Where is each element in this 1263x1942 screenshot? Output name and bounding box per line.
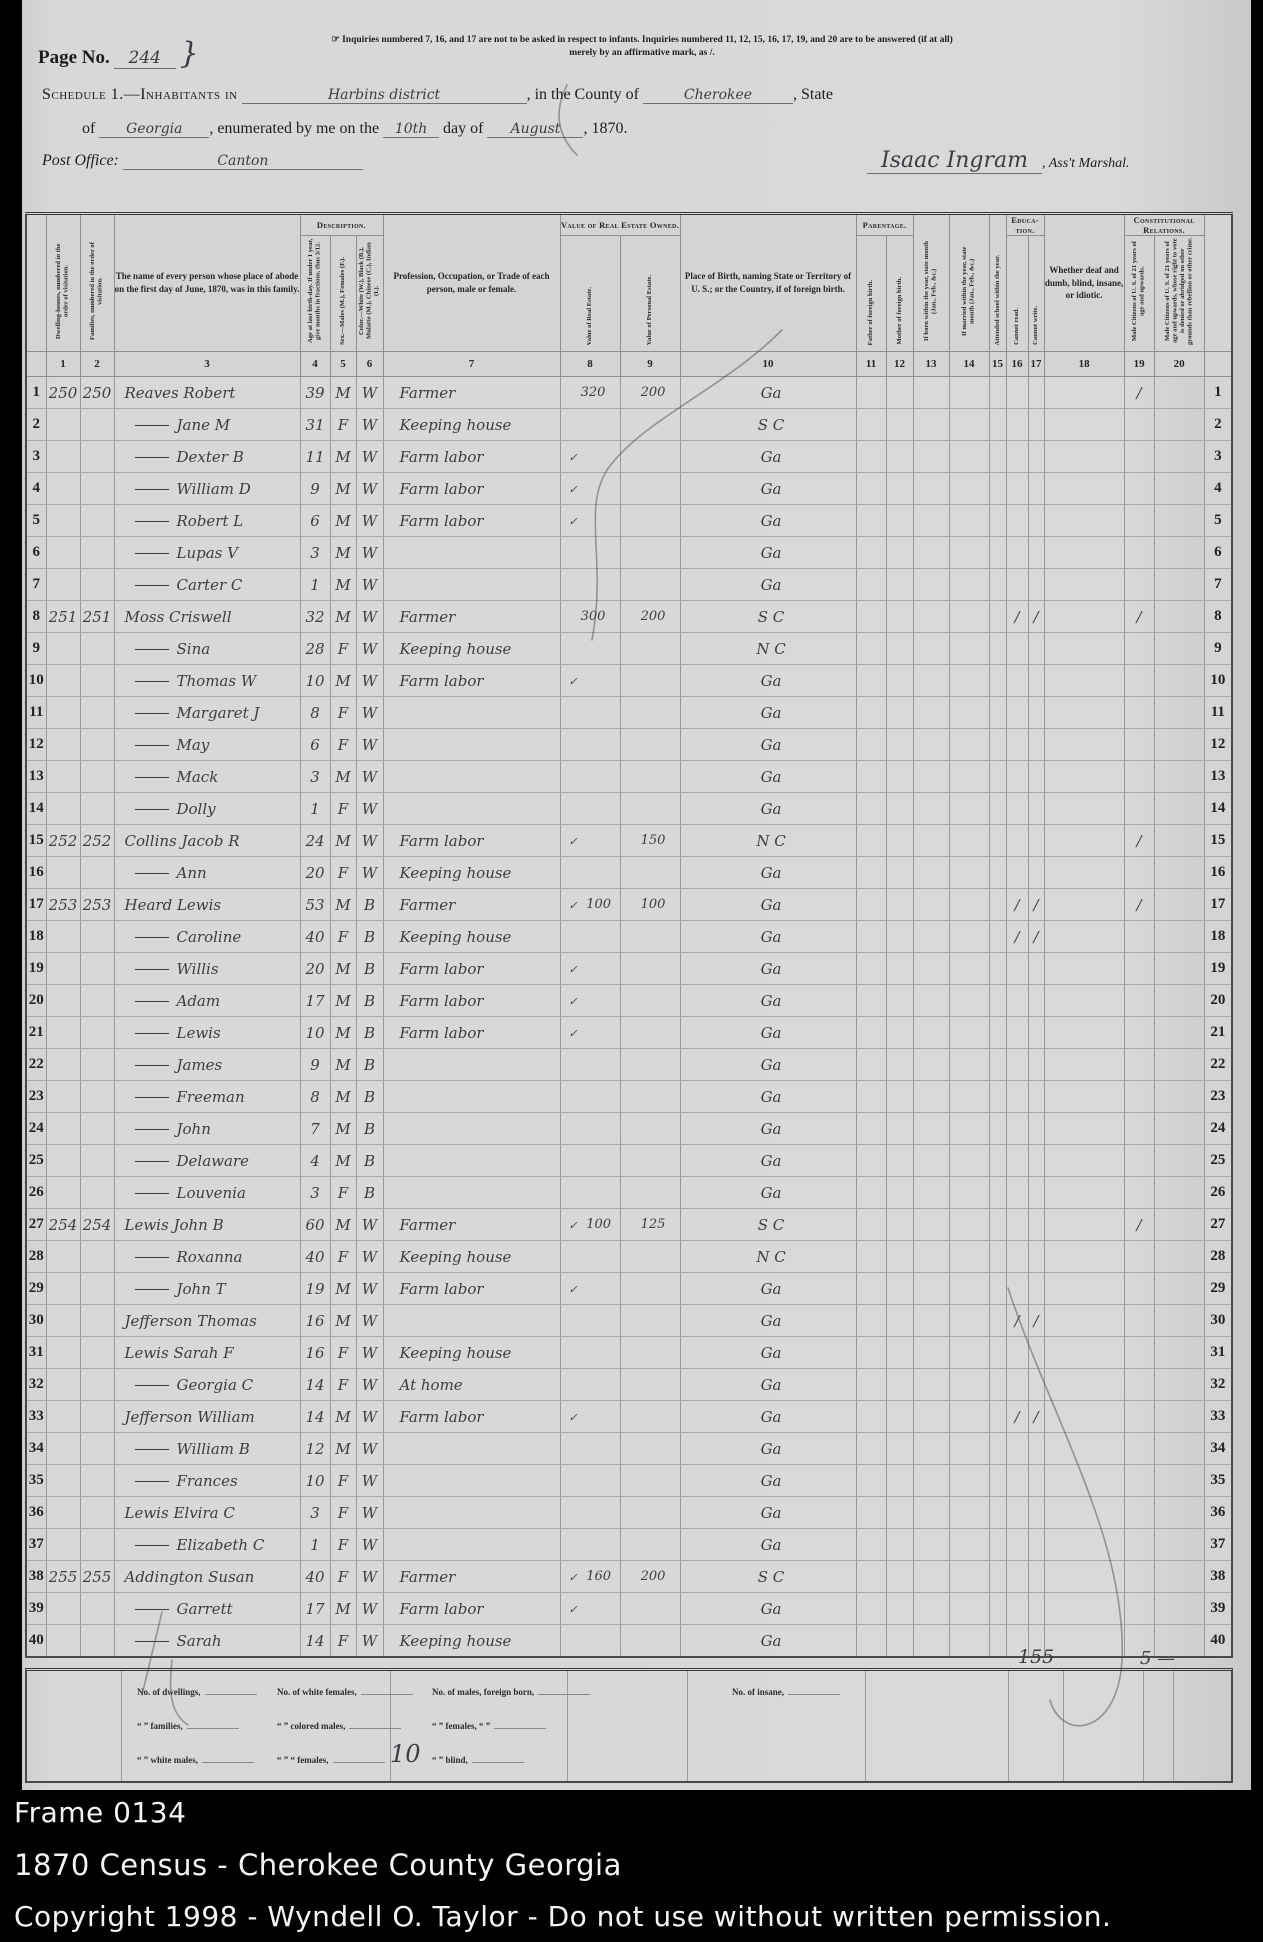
father-foreign-cell — [856, 1305, 886, 1337]
person-name: Adam — [114, 985, 300, 1017]
table-row: 18Caroline40FBKeeping houseGa//18 — [26, 921, 1232, 953]
birthplace-value: Ga — [680, 793, 856, 825]
col-header-4: Age at last birth-day. If under 1 year, … — [300, 236, 330, 352]
color-value: W — [356, 633, 383, 665]
born-month-cell — [913, 569, 949, 601]
attended-school-cell — [989, 537, 1006, 569]
cannot-read-mark: / — [1006, 889, 1028, 921]
col-header-17: Cannot write. — [1028, 236, 1044, 352]
deaf-dumb-cell — [1044, 1305, 1124, 1337]
dwelling-number — [46, 1593, 80, 1625]
col-header-19: Male Citizens of U. S. of 21 years of ag… — [1124, 236, 1154, 352]
father-foreign-cell — [856, 1273, 886, 1305]
sex-value: M — [330, 537, 356, 569]
row-number-right: 1 — [1204, 377, 1232, 409]
born-month-cell — [913, 889, 949, 921]
citizen-mark — [1124, 793, 1154, 825]
mother-foreign-cell — [886, 665, 913, 697]
birthplace-text: Ga — [687, 1472, 856, 1490]
occupation-value: Farm labor — [383, 505, 560, 537]
sex-value: M — [330, 1209, 356, 1241]
age-value: 3 — [300, 537, 330, 569]
person-name-text: Garrett — [177, 1600, 233, 1618]
birthplace-value: Ga — [680, 1273, 856, 1305]
citizen-mark — [1124, 1081, 1154, 1113]
col-num-7: 7 — [383, 352, 560, 377]
married-month-cell — [949, 633, 989, 665]
person-name: Caroline — [114, 921, 300, 953]
dwelling-number — [46, 857, 80, 889]
cannot-read-mark — [1006, 409, 1028, 441]
father-foreign-cell — [856, 377, 886, 409]
attended-school-cell — [989, 761, 1006, 793]
dwelling-number: 255 — [46, 1561, 80, 1593]
age-value: 53 — [300, 889, 330, 921]
father-foreign-cell — [856, 569, 886, 601]
citizen-mark — [1124, 1401, 1154, 1433]
birthplace-text: Ga — [687, 672, 856, 690]
person-name-text: Georgia C — [177, 1376, 254, 1394]
birthplace-text: S C — [687, 1568, 856, 1586]
attended-school-cell — [989, 889, 1006, 921]
father-foreign-cell — [856, 793, 886, 825]
personal-estate-value — [620, 537, 680, 569]
row-number-left: 37 — [26, 1529, 46, 1561]
attended-school-cell — [989, 793, 1006, 825]
dwelling-number — [46, 537, 80, 569]
married-month-cell — [949, 953, 989, 985]
table-row: 16Ann20FWKeeping houseGa16 — [26, 857, 1232, 889]
citizen-mark — [1124, 1465, 1154, 1497]
personal-estate-value — [620, 857, 680, 889]
color-value: W — [356, 697, 383, 729]
attended-school-cell — [989, 1305, 1006, 1337]
personal-estate-value — [620, 1433, 680, 1465]
father-foreign-cell — [856, 1209, 886, 1241]
birthplace-text: Ga — [687, 1344, 856, 1362]
ditto-dash — [135, 873, 169, 874]
personal-estate-value — [620, 729, 680, 761]
person-name-text: William D — [177, 480, 251, 498]
cannot-read-mark — [1006, 1081, 1028, 1113]
table-row: 15252252Collins Jacob R24MWFarm labor✓15… — [26, 825, 1232, 857]
born-month-cell — [913, 537, 949, 569]
color-value: W — [356, 569, 383, 601]
sex-value: F — [330, 1465, 356, 1497]
personal-estate-value — [620, 1017, 680, 1049]
attended-school-cell — [989, 377, 1006, 409]
real-estate-value — [560, 857, 620, 889]
dwelling-number — [46, 1241, 80, 1273]
attended-school-cell — [989, 921, 1006, 953]
row-number-right: 16 — [1204, 857, 1232, 889]
col-header-8: Value of Real Estate. — [560, 236, 620, 352]
married-month-cell — [949, 825, 989, 857]
attended-school-cell — [989, 857, 1006, 889]
sex-value: F — [330, 857, 356, 889]
age-value: 32 — [300, 601, 330, 633]
age-value: 7 — [300, 1113, 330, 1145]
color-value: W — [356, 665, 383, 697]
vote-denied-cell — [1154, 1593, 1204, 1625]
cannot-write-mark: / — [1028, 1401, 1044, 1433]
person-name-text: Margaret J — [177, 704, 260, 722]
sex-value: F — [330, 729, 356, 761]
cannot-read-mark — [1006, 793, 1028, 825]
real-estate-value — [560, 1177, 620, 1209]
person-name-text: Lewis — [177, 1024, 221, 1042]
mother-foreign-cell — [886, 1049, 913, 1081]
dwelling-number — [46, 1305, 80, 1337]
citizen-mark — [1124, 1145, 1154, 1177]
married-month-cell — [949, 1433, 989, 1465]
dwelling-number — [46, 569, 80, 601]
birthplace-text: Ga — [687, 864, 856, 882]
ditto-dash — [135, 713, 169, 714]
real-estate-amount: 300 — [567, 609, 620, 624]
table-row: 28Roxanna40FWKeeping houseN C28 — [26, 1241, 1232, 1273]
citizen-mark — [1124, 1273, 1154, 1305]
age-value: 9 — [300, 473, 330, 505]
color-value: W — [356, 537, 383, 569]
row-number-right: 31 — [1204, 1337, 1232, 1369]
color-value: W — [356, 1465, 383, 1497]
father-foreign-cell — [856, 1561, 886, 1593]
sex-value: M — [330, 1081, 356, 1113]
occupation-value: Farm labor — [383, 1273, 560, 1305]
father-foreign-cell — [856, 761, 886, 793]
cannot-write-mark — [1028, 857, 1044, 889]
age-value: 17 — [300, 985, 330, 1017]
person-name-text: Addington Susan — [125, 1568, 255, 1586]
father-foreign-cell — [856, 505, 886, 537]
mother-foreign-cell — [886, 953, 913, 985]
cannot-read-mark — [1006, 1177, 1028, 1209]
post-office-value: Canton — [123, 154, 363, 170]
sex-value: F — [330, 1561, 356, 1593]
age-value: 40 — [300, 1561, 330, 1593]
birthplace-value: Ga — [680, 665, 856, 697]
row-number-left: 25 — [26, 1145, 46, 1177]
father-foreign-cell — [856, 1593, 886, 1625]
person-name: Louvenia — [114, 1177, 300, 1209]
attended-school-cell — [989, 953, 1006, 985]
citizen-mark — [1124, 1497, 1154, 1529]
personal-estate-value — [620, 1401, 680, 1433]
mother-foreign-cell — [886, 1529, 913, 1561]
col-num-1: 1 — [46, 352, 80, 377]
married-month-cell — [949, 409, 989, 441]
married-month-cell — [949, 1529, 989, 1561]
father-foreign-cell — [856, 1529, 886, 1561]
family-number — [80, 1273, 114, 1305]
deaf-dumb-cell — [1044, 729, 1124, 761]
real-estate-value: ✓ — [560, 1273, 620, 1305]
col-header-14: If married within the year, state month … — [949, 214, 989, 352]
occupation-value: Farmer — [383, 1209, 560, 1241]
citizen-mark — [1124, 1017, 1154, 1049]
ditto-dash — [135, 1641, 169, 1642]
dwelling-number — [46, 1273, 80, 1305]
ditto-dash — [135, 681, 169, 682]
birthplace-text: Ga — [687, 736, 856, 754]
row-number-right: 20 — [1204, 985, 1232, 1017]
col-num-10: 10 — [680, 352, 856, 377]
age-value: 39 — [300, 377, 330, 409]
deaf-dumb-cell — [1044, 1561, 1124, 1593]
person-name: Willis — [114, 953, 300, 985]
dwelling-number — [46, 1625, 80, 1658]
mother-foreign-cell — [886, 1273, 913, 1305]
born-month-cell — [913, 1369, 949, 1401]
sex-value: F — [330, 1177, 356, 1209]
family-number — [80, 1241, 114, 1273]
color-value: B — [356, 953, 383, 985]
family-number — [80, 697, 114, 729]
dwelling-number — [46, 1113, 80, 1145]
person-name-text: Roxanna — [177, 1248, 243, 1266]
cannot-read-mark — [1006, 1529, 1028, 1561]
attended-school-cell — [989, 1625, 1006, 1658]
citizen-mark — [1124, 1337, 1154, 1369]
tick-mark: ✓ — [569, 451, 578, 464]
family-number — [80, 1401, 114, 1433]
attended-school-cell — [989, 1177, 1006, 1209]
cannot-write-mark — [1028, 1273, 1044, 1305]
birthplace-value: Ga — [680, 1337, 856, 1369]
birthplace-text: Ga — [687, 1504, 856, 1522]
sex-value: M — [330, 377, 356, 409]
occupation-value — [383, 1113, 560, 1145]
born-month-cell — [913, 953, 949, 985]
father-foreign-cell — [856, 409, 886, 441]
color-value: W — [356, 729, 383, 761]
person-name-text: Thomas W — [177, 672, 257, 690]
color-value: W — [356, 1401, 383, 1433]
birthplace-value: S C — [680, 601, 856, 633]
born-month-cell — [913, 1625, 949, 1658]
married-month-cell — [949, 537, 989, 569]
caption-copyright: Copyright 1998 - Wyndell O. Taylor - Do … — [14, 1900, 1111, 1933]
vote-denied-cell — [1154, 761, 1204, 793]
father-foreign-cell — [856, 825, 886, 857]
cannot-write-mark — [1028, 1241, 1044, 1273]
family-number — [80, 1625, 114, 1658]
column-number-row: 1 2 3 4 5 6 7 8 9 10 11 12 13 14 15 16 1 — [26, 352, 1232, 377]
mother-foreign-cell — [886, 697, 913, 729]
ditto-dash — [135, 1481, 169, 1482]
real-estate-value — [560, 537, 620, 569]
person-name-text: Heard Lewis — [125, 896, 222, 914]
birthplace-text: N C — [687, 832, 856, 850]
color-value: B — [356, 1017, 383, 1049]
real-estate-value — [560, 1049, 620, 1081]
birthplace-value: Ga — [680, 1401, 856, 1433]
occupation-value — [383, 1465, 560, 1497]
occupation-value: Farm labor — [383, 665, 560, 697]
tick-mark: ✓ — [569, 1027, 578, 1040]
mother-foreign-cell — [886, 633, 913, 665]
cannot-read-mark — [1006, 1593, 1028, 1625]
person-name-text: John T — [177, 1280, 226, 1298]
mother-foreign-cell — [886, 1081, 913, 1113]
color-value: W — [356, 1593, 383, 1625]
person-name: Carter C — [114, 569, 300, 601]
dwelling-number — [46, 1369, 80, 1401]
county-value: Cherokee — [643, 88, 793, 104]
tick-mark: ✓ — [569, 675, 578, 688]
state-value: Georgia — [99, 122, 209, 138]
person-name-text: Freeman — [177, 1088, 245, 1106]
sex-value: F — [330, 1529, 356, 1561]
occupation-value: Keeping house — [383, 857, 560, 889]
attended-school-cell — [989, 1113, 1006, 1145]
table-row: 20Adam17MBFarm labor✓Ga20 — [26, 985, 1232, 1017]
vote-denied-cell — [1154, 1433, 1204, 1465]
family-number: 254 — [80, 1209, 114, 1241]
married-month-cell — [949, 1593, 989, 1625]
deaf-dumb-cell — [1044, 921, 1124, 953]
mother-foreign-cell — [886, 793, 913, 825]
citizen-mark: / — [1124, 601, 1154, 633]
vote-denied-cell — [1154, 1017, 1204, 1049]
married-month-cell — [949, 889, 989, 921]
occupation-value — [383, 1177, 560, 1209]
cannot-read-mark — [1006, 1465, 1028, 1497]
person-name: May — [114, 729, 300, 761]
family-number: 250 — [80, 377, 114, 409]
deaf-dumb-cell — [1044, 793, 1124, 825]
sex-value: F — [330, 1369, 356, 1401]
born-month-cell — [913, 1145, 949, 1177]
page-no-value: 244 — [114, 49, 176, 69]
col-header-9: Value of Personal Estate. — [620, 236, 680, 352]
age-value: 16 — [300, 1305, 330, 1337]
real-estate-value — [560, 409, 620, 441]
birthplace-text: Ga — [687, 768, 856, 786]
row-number-right: 19 — [1204, 953, 1232, 985]
row-number-right: 29 — [1204, 1273, 1232, 1305]
age-value: 3 — [300, 1497, 330, 1529]
married-month-cell — [949, 1113, 989, 1145]
page-no-label: Page No. — [38, 47, 110, 68]
deaf-dumb-cell — [1044, 1081, 1124, 1113]
deaf-dumb-cell — [1044, 1209, 1124, 1241]
citizen-mark — [1124, 921, 1154, 953]
color-value: B — [356, 1177, 383, 1209]
citizen-mark — [1124, 441, 1154, 473]
table-row: 3Dexter B11MWFarm labor✓Ga3 — [26, 441, 1232, 473]
cannot-write-mark — [1028, 761, 1044, 793]
birthplace-text: Ga — [687, 512, 856, 530]
row-number-left: 19 — [26, 953, 46, 985]
row-number-right: 14 — [1204, 793, 1232, 825]
age-value: 24 — [300, 825, 330, 857]
row-number-left: 10 — [26, 665, 46, 697]
married-month-cell — [949, 1081, 989, 1113]
vote-denied-cell — [1154, 1305, 1204, 1337]
occupation-value: Farmer — [383, 1561, 560, 1593]
personal-estate-value — [620, 569, 680, 601]
row-number-left: 31 — [26, 1337, 46, 1369]
occupation-value — [383, 1145, 560, 1177]
age-value: 17 — [300, 1593, 330, 1625]
father-foreign-cell — [856, 857, 886, 889]
mother-foreign-cell — [886, 1593, 913, 1625]
mother-foreign-cell — [886, 1113, 913, 1145]
color-value: B — [356, 1049, 383, 1081]
row-number-left: 30 — [26, 1305, 46, 1337]
person-name: Freeman — [114, 1081, 300, 1113]
cannot-read-mark: / — [1006, 1401, 1028, 1433]
row-number-left: 17 — [26, 889, 46, 921]
father-foreign-cell — [856, 601, 886, 633]
age-value: 12 — [300, 1433, 330, 1465]
father-foreign-cell — [856, 1145, 886, 1177]
cannot-read-mark — [1006, 761, 1028, 793]
birthplace-text: Ga — [687, 1440, 856, 1458]
father-foreign-cell — [856, 1625, 886, 1658]
cannot-write-mark: / — [1028, 601, 1044, 633]
cannot-read-mark — [1006, 537, 1028, 569]
real-estate-value: ✓ — [560, 1593, 620, 1625]
birthplace-value: Ga — [680, 1305, 856, 1337]
sex-value: F — [330, 1241, 356, 1273]
color-value: W — [356, 1337, 383, 1369]
vote-denied-cell — [1154, 1561, 1204, 1593]
occupation-value — [383, 1081, 560, 1113]
born-month-cell — [913, 1049, 949, 1081]
personal-estate-value — [620, 1529, 680, 1561]
born-month-cell — [913, 1273, 949, 1305]
table-row: 22James9MBGa22 — [26, 1049, 1232, 1081]
col-num-16: 16 — [1006, 352, 1028, 377]
personal-estate-amount: 200 — [627, 609, 680, 624]
occupation-value: Farmer — [383, 889, 560, 921]
married-month-cell — [949, 665, 989, 697]
father-foreign-cell — [856, 473, 886, 505]
personal-estate-value — [620, 665, 680, 697]
birthplace-value: Ga — [680, 1529, 856, 1561]
married-month-cell — [949, 1241, 989, 1273]
cannot-write-mark — [1028, 473, 1044, 505]
family-number — [80, 1081, 114, 1113]
birthplace-value: Ga — [680, 537, 856, 569]
deaf-dumb-cell — [1044, 857, 1124, 889]
attended-school-cell — [989, 1337, 1006, 1369]
married-month-cell — [949, 857, 989, 889]
vote-denied-cell — [1154, 729, 1204, 761]
birthplace-value: Ga — [680, 953, 856, 985]
attended-school-cell — [989, 1209, 1006, 1241]
vote-denied-cell — [1154, 473, 1204, 505]
vote-denied-cell — [1154, 1369, 1204, 1401]
ditto-dash — [135, 457, 169, 458]
summary-box: No. of dwellings, “ ” families, “ ” whit… — [25, 1668, 1233, 1783]
occupation-value: At home — [383, 1369, 560, 1401]
person-name-text: Dexter B — [177, 448, 244, 466]
ditto-dash — [135, 1033, 169, 1034]
row-number-left: 9 — [26, 633, 46, 665]
ditto-dash — [135, 1257, 169, 1258]
citizen-mark — [1124, 1049, 1154, 1081]
right-gutter-header — [1204, 214, 1232, 352]
mother-foreign-cell — [886, 1497, 913, 1529]
person-name: Reaves Robert — [114, 377, 300, 409]
instructions-line-1: ☞ Inquiries numbered 7, 16, and 17 are n… — [331, 35, 953, 45]
occupation-value: Farm labor — [383, 985, 560, 1017]
cannot-write-mark: / — [1028, 1305, 1044, 1337]
